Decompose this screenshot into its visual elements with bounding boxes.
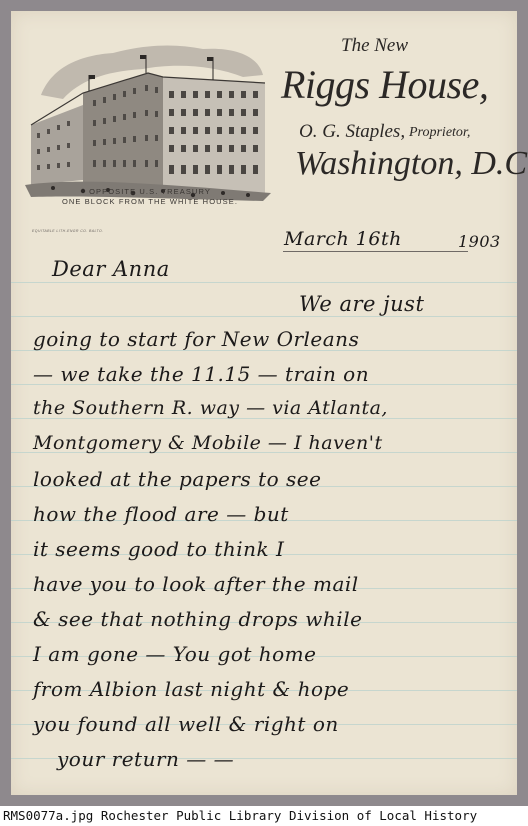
image-caption: RMS0077a.jpg Rochester Public Library Di… — [0, 806, 528, 826]
letterhead-hotel-name: Riggs House, — [281, 61, 488, 108]
letter-line: I am gone — You got home — [33, 642, 316, 666]
letter-line: Montgomery & Mobile — I haven't — [33, 432, 383, 454]
letter-sheet: OPPOSITE U.S. TREASURY ONE BLOCK FROM TH… — [11, 11, 517, 795]
letter-line: you found all well & right on — [33, 712, 339, 736]
letterhead-proprietor-label: Proprietor, — [409, 125, 470, 141]
letter-line: — we take the 11.15 — train on — [33, 362, 369, 386]
letter-line: your return — — — [57, 747, 234, 771]
letterhead-proprietor-name: O. G. Staples, — [299, 121, 405, 143]
letter-line: from Albion last night & hope — [33, 677, 349, 701]
letter-line: We are just — [299, 292, 424, 316]
letterhead-the-new: The New — [341, 35, 408, 57]
letter-date-year: 1903 — [458, 232, 501, 251]
letterhead-caption-line2: ONE BLOCK FROM THE WHITE HOUSE. — [25, 197, 275, 206]
letter-salutation: Dear Anna — [52, 257, 170, 281]
letter-date-month-day: March 16th — [284, 228, 402, 250]
hotel-engraving-image — [23, 25, 273, 201]
letter-line: looked at the papers to see — [33, 467, 321, 491]
letter-line: it seems good to think I — [33, 537, 284, 561]
letter-line: & see that nothing drops while — [33, 607, 362, 631]
letter-line: the Southern R. way — via Atlanta, — [33, 397, 388, 419]
letterhead-caption-line1: OPPOSITE U.S. TREASURY — [25, 187, 275, 196]
letter-line: going to start for New Orleans — [33, 327, 359, 351]
letterhead-city: Washington, D.C. — [295, 145, 528, 183]
printer-imprint: EQUITABLE LITH-ENGR CO. BALTO. — [32, 229, 104, 233]
date-underline — [283, 251, 468, 252]
letter-line: how the flood are — but — [33, 502, 289, 526]
letter-line: have you to look after the mail — [33, 572, 359, 596]
